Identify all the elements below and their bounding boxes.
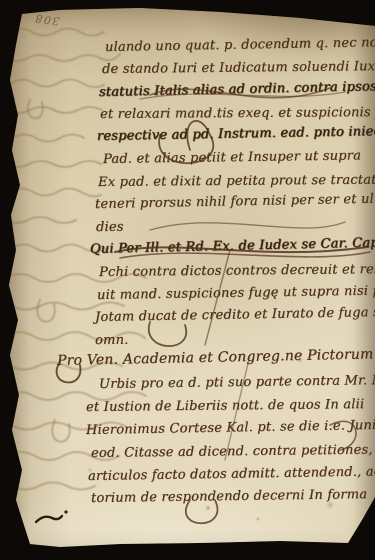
scan-background: 308 ulando uno quat. p. docendum q. nec … <box>0 0 375 560</box>
manuscript-page: 308 ulando uno quat. p. docendum q. nec … <box>0 0 375 560</box>
bottom-left-ink-mark <box>28 500 88 540</box>
ink-flourishes <box>0 0 375 560</box>
